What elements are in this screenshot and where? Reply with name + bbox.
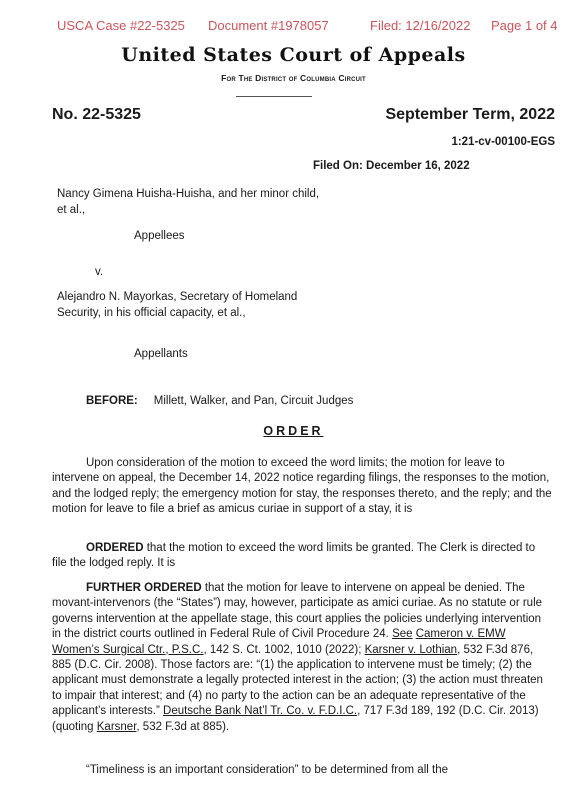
- citation-signal: See: [392, 628, 412, 640]
- court-subtitle: For The District of Columbia Circuit: [0, 73, 587, 83]
- district-case-number: 1:21-cv-00100-EGS: [451, 136, 555, 148]
- filed-on: Filed On: December 16, 2022: [313, 160, 470, 172]
- paragraph-ordered: ORDERED that the motion to exceed the wo…: [52, 541, 552, 572]
- paragraph-text: “Timeliness is an important consideratio…: [86, 764, 448, 776]
- further-ordered-label: FURTHER ORDERED: [86, 582, 202, 594]
- versus: v.: [95, 265, 103, 281]
- before-line: BEFORE:Millett, Walker, and Pan, Circuit…: [86, 394, 353, 410]
- order-heading-text: ORDER: [263, 424, 323, 438]
- citation-karsner: Karsner v. Lothian: [365, 644, 457, 656]
- header-document: Document #1978057: [208, 18, 329, 33]
- case-number: No. 22-5325: [52, 106, 141, 124]
- appellees-label: Appellees: [134, 229, 185, 245]
- term: September Term, 2022: [385, 106, 555, 124]
- judges: Millett, Walker, and Pan, Circuit Judges: [154, 395, 354, 407]
- header-filed: Filed: 12/16/2022: [370, 18, 470, 33]
- header-page: Page 1 of 4: [491, 18, 558, 33]
- paragraph-text: , 142 S. Ct. 1002, 1010 (2022);: [203, 644, 364, 656]
- order-heading: ORDER: [0, 424, 587, 438]
- paragraph-further-ordered: FURTHER ORDERED that the motion for leav…: [52, 581, 552, 735]
- appellants-label: Appellants: [134, 347, 188, 363]
- paragraph-timeliness: “Timeliness is an important consideratio…: [52, 763, 552, 778]
- divider: [236, 96, 312, 97]
- citation-karsner-short: Karsner: [97, 721, 137, 733]
- appellants-names: Alejandro N. Mayorkas, Secretary of Home…: [57, 290, 327, 321]
- ordered-label: ORDERED: [86, 542, 144, 554]
- citation-deutsche-bank: Deutsche Bank Nat’l Tr. Co. v. F.D.I.C.: [163, 705, 357, 717]
- before-label: BEFORE:: [86, 395, 138, 407]
- header-case: USCA Case #22-5325: [57, 18, 185, 33]
- paragraph-consideration: Upon consideration of the motion to exce…: [52, 456, 552, 518]
- appellees-names: Nancy Gimena Huisha-Huisha, and her mino…: [57, 187, 327, 218]
- court-title: United States Court of Appeals: [0, 44, 587, 66]
- paragraph-text: , 532 F.3d at 885).: [136, 721, 229, 733]
- paragraph-text: Upon consideration of the motion to exce…: [52, 457, 552, 515]
